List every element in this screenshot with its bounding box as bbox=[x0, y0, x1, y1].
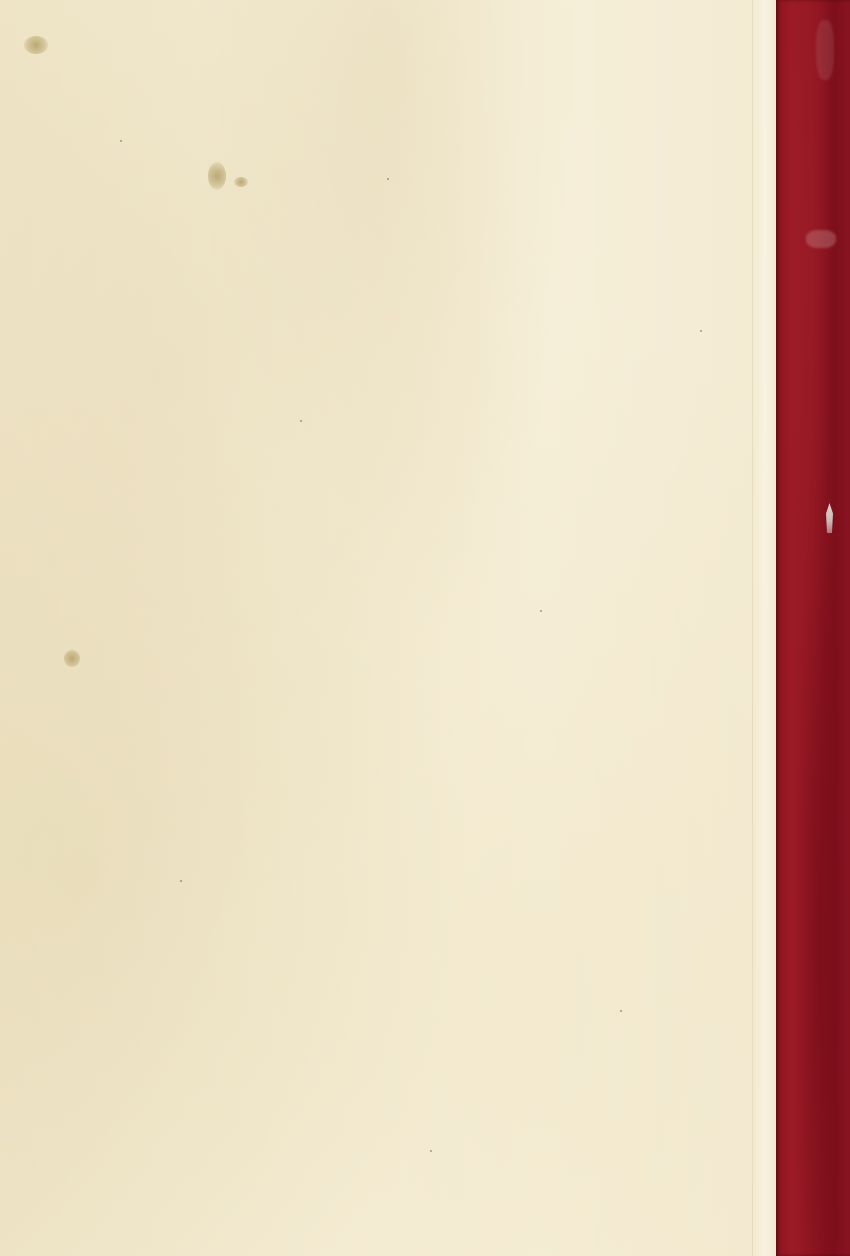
paper-fleck bbox=[120, 140, 122, 142]
paper-fleck bbox=[620, 1010, 622, 1012]
paper-fleck bbox=[700, 330, 702, 332]
foxing-stain bbox=[208, 162, 226, 190]
red-book-spine bbox=[776, 0, 850, 1256]
scanned-page bbox=[0, 0, 850, 1256]
foxing-stain bbox=[24, 36, 48, 54]
page-edge-strip bbox=[752, 0, 777, 1256]
foxing-stain bbox=[234, 177, 248, 187]
paper-fleck bbox=[300, 420, 302, 422]
paper-fleck bbox=[180, 880, 182, 882]
paper-fleck bbox=[387, 178, 389, 180]
blank-endpaper bbox=[0, 0, 776, 1256]
spine-wear-mark bbox=[806, 230, 836, 248]
paper-fleck bbox=[430, 1150, 432, 1152]
paper-fleck bbox=[540, 610, 542, 612]
foxing-stain bbox=[64, 650, 80, 667]
spine-wear-mark bbox=[816, 20, 834, 80]
